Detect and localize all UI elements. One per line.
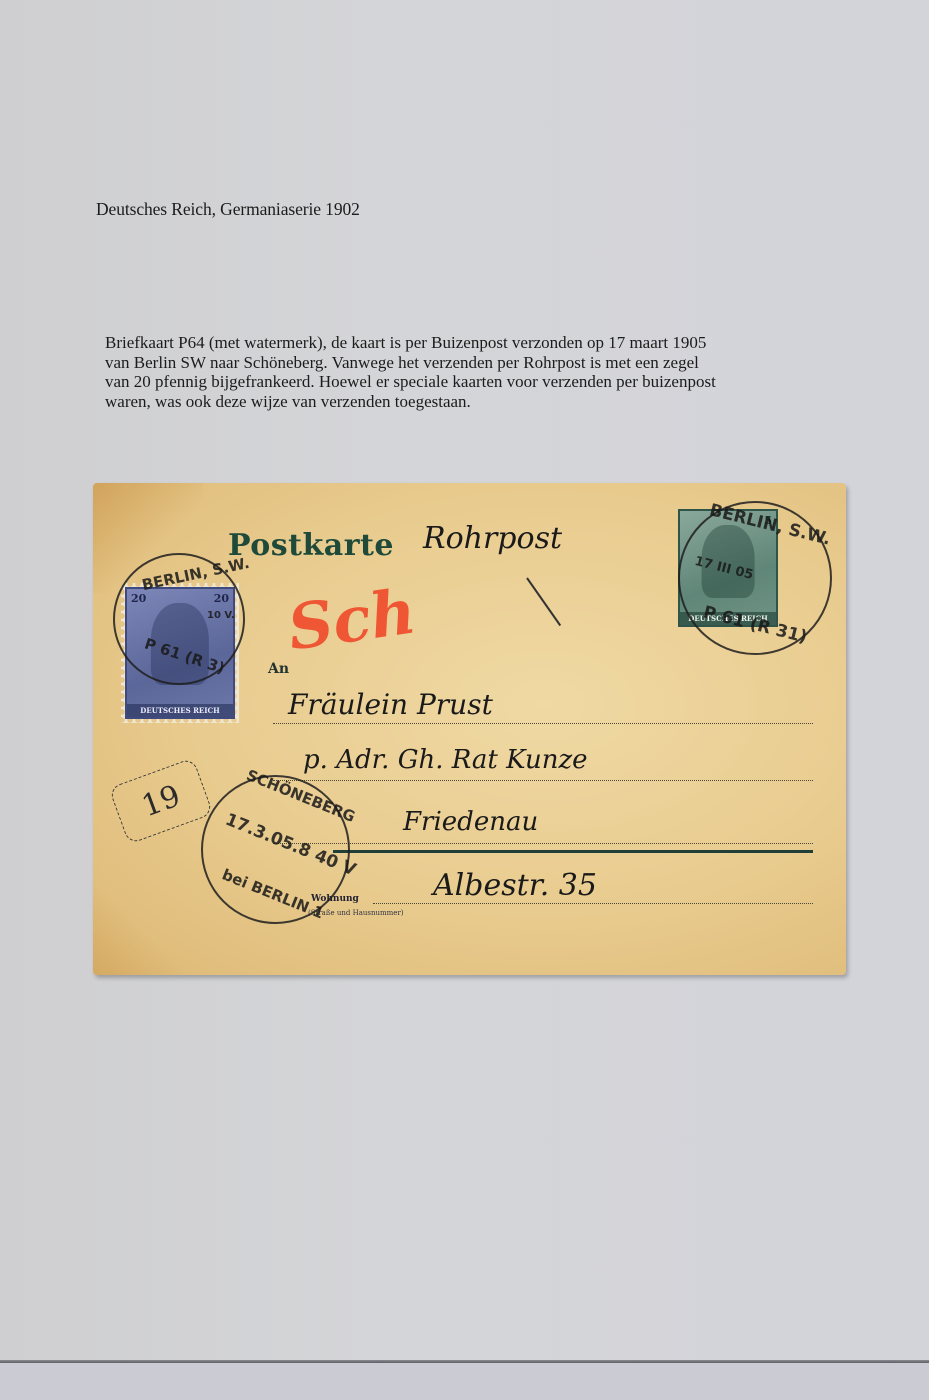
postkarte-heading: Postkarte (228, 528, 394, 563)
address-line-2: p. Adr. Gh. Rat Kunze (303, 745, 588, 775)
registry-number: 19 (137, 778, 185, 824)
page-title: Deutsches Reich, Germaniaserie 1902 (96, 199, 360, 220)
address-line-4: Albestr. 35 (433, 868, 597, 903)
description-line: Briefkaart P64 (met watermerk), de kaart… (105, 333, 805, 353)
postmark-berlin-right: BERLIN, S.W. 17 III 05 P 61 (R 31) (678, 501, 832, 655)
stamp-inscription: DEUTSCHES REICH (127, 704, 233, 717)
red-crayon-mark: Sch (284, 574, 421, 664)
address-underline (333, 850, 813, 853)
description-line: waren, was ook deze wijze van verzenden … (105, 392, 805, 412)
address-dotted-line (273, 843, 813, 844)
postmark-schoeneberg: SCHÖNEBERG 17.3.05.8 40 V bei BERLIN 1 (201, 775, 350, 924)
address-dotted-line (373, 903, 813, 904)
address-line-3: Friedenau (403, 807, 538, 837)
address-dotted-line (273, 723, 813, 724)
pencil-arrow-icon (526, 577, 561, 626)
description-line: van Berlin SW naar Schöneberg. Vanwege h… (105, 353, 805, 373)
handwritten-rohrpost: Rohrpost (423, 521, 562, 556)
postcard: Postkarte 20 20 DEUTSCHES REICH BERLIN, … (93, 483, 846, 975)
page-background (0, 1363, 929, 1400)
registry-number-box: 19 (108, 757, 213, 844)
postmark-berlin-left: BERLIN, S.W. 10 V. P 61 (R 3) (113, 553, 245, 685)
description-text: Briefkaart P64 (met watermerk), de kaart… (105, 333, 805, 411)
address-line-1: Fräulein Prust (288, 688, 493, 721)
address-dotted-line (273, 780, 813, 781)
an-label: An (268, 661, 289, 677)
description-line: van 20 pfennig bijgefrankeerd. Hoewel er… (105, 372, 805, 392)
